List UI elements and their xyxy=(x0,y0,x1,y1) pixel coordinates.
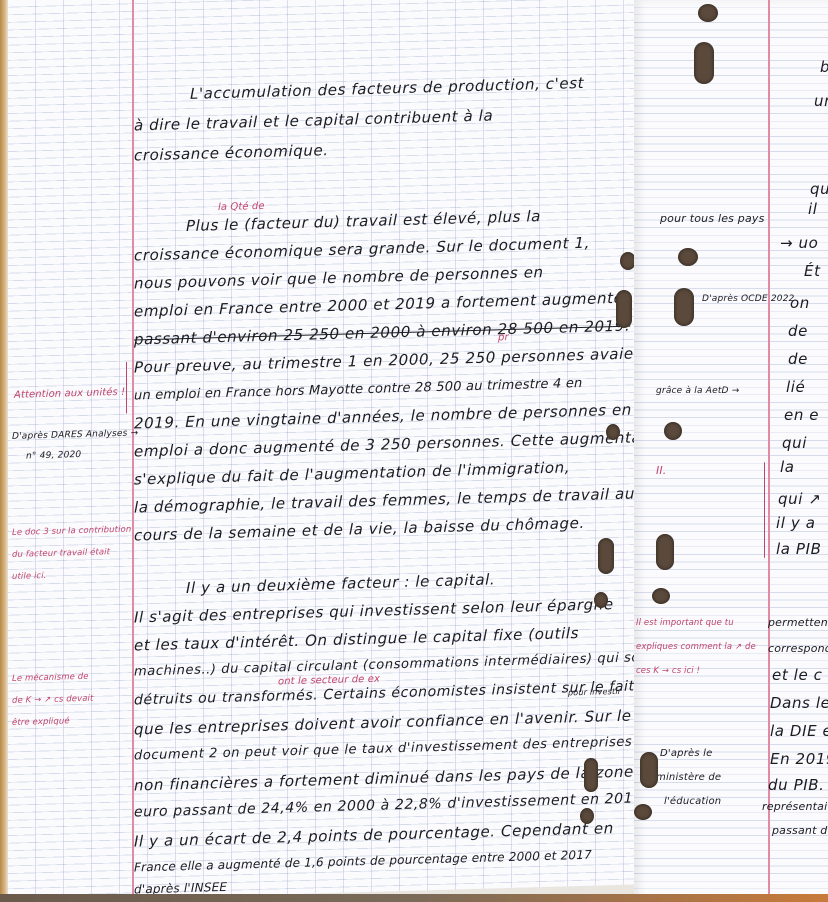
source-oecd: D'après OCDE 2022 xyxy=(702,294,795,304)
punch-hole xyxy=(664,422,682,440)
para2-line10: s'explique du fait de l'augmentation de … xyxy=(134,458,570,488)
right-line: qui xyxy=(782,434,807,452)
para3-line2: Il s'agit des entreprises qui investisse… xyxy=(134,595,614,626)
source-ministry-3: l'éducation xyxy=(664,796,721,807)
para3-line11: France elle a augmenté de 1,6 points de … xyxy=(134,848,592,875)
annotation-pour-investir: pour investir xyxy=(568,687,621,697)
para1-line2: à dire le travail et le capital contribu… xyxy=(134,106,493,134)
source-ministry-2: ministère de xyxy=(656,772,721,783)
right-line: lié xyxy=(786,378,805,396)
note-pour-tous-les-pays: pour tous les pays xyxy=(660,212,765,225)
right-line: permettent xyxy=(768,616,828,629)
right-line: représentait xyxy=(762,800,828,813)
para2-line7: un emploi en France hors Mayotte contre … xyxy=(134,376,582,404)
right-line: Ét xyxy=(804,262,821,280)
right-line: la PIB xyxy=(776,540,822,558)
para2-line11: la démographie, le travail des femmes, l… xyxy=(134,484,635,516)
notebook-binding xyxy=(0,0,8,902)
right-line: du PIB. Al xyxy=(768,776,828,794)
right-line: un xyxy=(814,92,828,110)
right-line: la xyxy=(780,458,795,476)
punch-hole xyxy=(634,804,652,820)
right-line: il y a xyxy=(776,514,816,532)
para2-line5-struck: passant d'environ 25 250 en 2000 à envir… xyxy=(134,317,630,349)
right-line: il xyxy=(808,200,818,218)
punch-hole xyxy=(598,538,614,574)
right-line: de xyxy=(788,322,808,340)
right-line: → uo xyxy=(780,234,818,252)
para2-line6: Pour preuve, au trimestre 1 en 2000, 25 … xyxy=(134,344,650,376)
right-line: passant de xyxy=(772,824,828,837)
para3-line6: que les entreprises doivent avoir confia… xyxy=(134,707,632,739)
punch-hole xyxy=(678,248,698,266)
punch-hole xyxy=(606,424,620,440)
right-line: de xyxy=(788,350,808,368)
punch-hole xyxy=(656,534,674,570)
teacher-bracket-right xyxy=(764,462,765,558)
punch-hole xyxy=(580,808,594,824)
para3-line10: Il y a un écart de 2,4 points de pourcen… xyxy=(134,819,614,850)
para3-line4: machines..) du capital circulant (consom… xyxy=(134,650,655,680)
middle-teacher-note-1: Il est important que tu xyxy=(636,618,734,628)
right-line: en e xyxy=(784,406,819,424)
punch-hole xyxy=(594,592,608,608)
margin-note-mecanisme-2: de K → ↗ cs devait xyxy=(12,694,93,706)
punch-hole xyxy=(652,588,670,604)
punch-hole xyxy=(640,752,658,788)
para1-line3: croissance économique. xyxy=(134,141,329,164)
right-line: qu xyxy=(810,180,828,198)
right-line: qui ↗ xyxy=(778,490,822,508)
margin-note-mecanisme-3: être expliqué xyxy=(12,716,70,728)
roman-numeral-ii: II. xyxy=(656,464,666,477)
para1-line1: L'accumulation des facteurs de productio… xyxy=(190,74,584,103)
punch-hole xyxy=(698,4,718,22)
note-grace-aed: grâce à la AetD → xyxy=(656,386,739,396)
right-line: Dans le xyxy=(770,694,828,712)
right-line: En 2019 xyxy=(770,750,828,768)
para2-line8: 2019. En une vingtaine d'années, le nomb… xyxy=(134,401,632,433)
right-line: et le c xyxy=(772,666,823,684)
para2-line4: emploi en France entre 2000 et 2019 a fo… xyxy=(134,289,623,321)
right-line: correspond xyxy=(768,642,828,655)
para2-line3: nous pouvons voir que le nombre de perso… xyxy=(134,263,544,292)
punch-hole xyxy=(694,42,714,84)
right-page: pour tous les pays D'après OCDE 2022 grâ… xyxy=(634,0,828,902)
source-ministry-1: D'après le xyxy=(660,748,713,759)
desk-surface xyxy=(0,894,828,902)
annotation-qte: la Qté de xyxy=(218,201,265,213)
middle-teacher-note-3: ces K → cs ici ! xyxy=(636,666,700,676)
margin-note-units: Attention aux unités ! xyxy=(14,387,125,401)
para2-line12: cours de la semaine et de la vie, la bai… xyxy=(134,514,585,545)
margin-note-doc3-3: utile ici. xyxy=(12,571,46,582)
right-line: b xyxy=(820,58,828,76)
para3-line3: et les taux d'intérêt. On distingue le c… xyxy=(134,624,579,654)
middle-teacher-note-2: expliques comment la ↗ de xyxy=(636,642,756,652)
right-line: on xyxy=(790,294,810,312)
para3-line7: document 2 on peut voir que le taux d'in… xyxy=(134,735,632,764)
para3-line5: détruits ou transformés. Certains économ… xyxy=(134,678,635,708)
annotation-pr: pr xyxy=(498,332,509,343)
para2-line9: emploi a donc augmenté de 3 250 personne… xyxy=(134,427,672,460)
punch-hole xyxy=(674,288,694,326)
punch-hole xyxy=(616,290,632,328)
margin-note-doc3-1: Le doc 3 sur la contribution xyxy=(12,525,131,538)
margin-source-dares-2: n° 49, 2020 xyxy=(26,450,81,462)
teacher-bracket-1 xyxy=(126,362,127,414)
para3-line9: euro passant de 24,4% en 2000 à 22,8% d'… xyxy=(134,790,648,820)
left-page: L'accumulation des facteurs de productio… xyxy=(8,0,634,902)
margin-note-doc3-2: du facteur travail était xyxy=(12,547,110,560)
margin-source-dares-1: D'après DARES Analyses → xyxy=(12,428,138,442)
para2-line2: croissance économique sera grande. Sur l… xyxy=(134,234,590,265)
right-line: la DIE en xyxy=(770,722,828,740)
para3-line1: Il y a un deuxième facteur : le capital. xyxy=(186,570,495,597)
punch-hole xyxy=(584,758,598,792)
margin-note-mecanisme-1: Le mécanisme de xyxy=(12,672,89,684)
para3-line8: non financières a fortement diminué dans… xyxy=(134,763,634,795)
